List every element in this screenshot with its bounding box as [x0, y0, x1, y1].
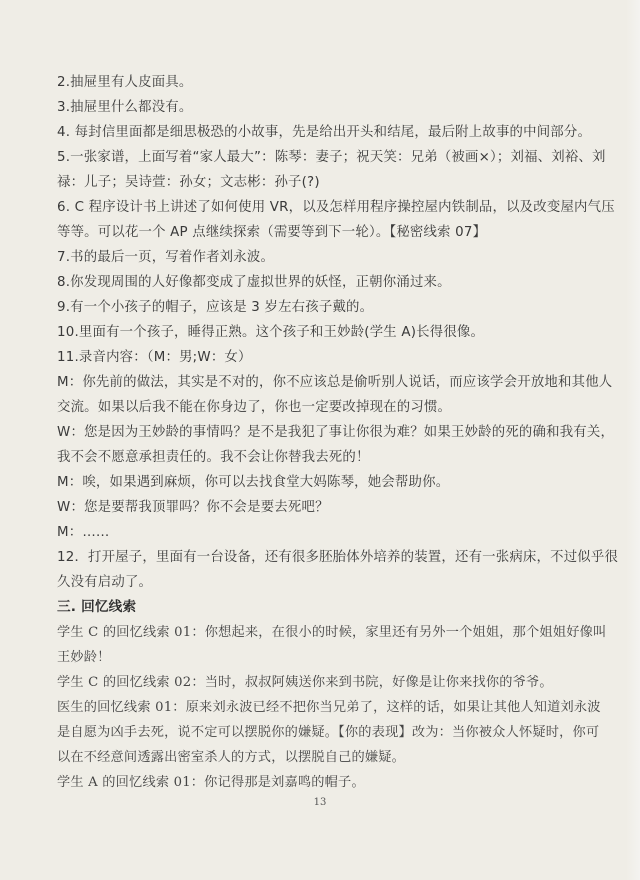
clue-line: 8.你发现周围的人好像都变成了虚拟世界的妖怪，正朝你涌过来。 — [57, 270, 575, 295]
clue-line: 等等。可以花一个 AP 点继续探索（需要等到下一轮）。【秘密线索 07】 — [57, 220, 575, 245]
dialogue-line: M：你先前的做法，其实是不对的，你不应该总是偷听别人说话，而应该学会开放地和其他… — [57, 370, 575, 395]
memory-clue-line: 学生 C 的回忆线索 01：你想起来，在很小的时候，家里还有另外一个姐姐，那个姐… — [57, 620, 575, 645]
page-edge — [626, 0, 640, 880]
clue-line: 12．打开屋子，里面有一台设备，还有很多胚胎体外培养的装置，还有一张病床，不过似… — [57, 545, 575, 570]
memory-clue-line: 是自愿为凶手去死，说不定可以摆脱你的嫌疑。【你的表现】改为：当你被众人怀疑时，你… — [57, 720, 575, 745]
section-heading: 三. 回忆线索 — [57, 595, 575, 620]
recording-header: 11.录音内容：（M：男;W：女） — [57, 345, 575, 370]
memory-clue-line: 学生 C 的回忆线索 02：当时，叔叔阿姨送你来到书院，好像是让你来找你的爷爷。 — [57, 670, 575, 695]
clue-line: 久没有启动了。 — [57, 570, 575, 595]
document-body: 2.抽屉里有人皮面具。 3.抽屉里什么都没有。 4. 每封信里面都是细思极恐的小… — [57, 70, 575, 795]
dialogue-line: 我不会不愿意承担责任的。我不会让你替我去死的！ — [57, 445, 575, 470]
memory-clue-line: 医生的回忆线索 01：原来刘永波已经不把你当兄弟了，这样的话，如果让其他人知道刘… — [57, 695, 575, 720]
memory-clue-line: 学生 A 的回忆线索 01：你记得那是刘嘉鸣的帽子。 — [57, 770, 575, 795]
clue-line: 禄：儿子；吴诗萱：孙女；文志彬：孙子(?) — [57, 170, 575, 195]
clue-line: 2.抽屉里有人皮面具。 — [57, 70, 575, 95]
clue-line: 3.抽屉里什么都没有。 — [57, 95, 575, 120]
dialogue-line: M：唉，如果遇到麻烦，你可以去找食堂大妈陈琴，她会帮助你。 — [57, 470, 575, 495]
clue-line: 7.书的最后一页，写着作者刘永波。 — [57, 245, 575, 270]
dialogue-line: W：您是要帮我顶罪吗？你不会是要去死吧？ — [57, 495, 575, 520]
page-number: 13 — [0, 797, 640, 808]
clue-line: 6. C 程序设计书上讲述了如何使用 VR，以及怎样用程序操控屋内铁制品，以及改… — [57, 195, 575, 220]
clue-line: 9.有一个小孩子的帽子，应该是 3 岁左右孩子戴的。 — [57, 295, 575, 320]
dialogue-line: W：您是因为王妙龄的事情吗？是不是我犯了事让你很为难？如果王妙龄的死的确和我有关… — [57, 420, 575, 445]
clue-line: 10.里面有一个孩子，睡得正熟。这个孩子和王妙龄(学生 A)长得很像。 — [57, 320, 575, 345]
dialogue-line: 交流。如果以后我不能在你身边了，你也一定要改掉现在的习惯。 — [57, 395, 575, 420]
memory-clue-line: 以在不经意间透露出密室杀人的方式，以摆脱自己的嫌疑。 — [57, 745, 575, 770]
clue-line: 4. 每封信里面都是细思极恐的小故事，先是给出开头和结尾，最后附上故事的中间部分… — [57, 120, 575, 145]
memory-clue-line: 王妙龄！ — [57, 645, 575, 670]
dialogue-line: M：…… — [57, 520, 575, 545]
clue-line: 5.一张家谱，上面写着“家人最大”：陈琴：妻子；祝天笑：兄弟（被画×）；刘福、刘… — [57, 145, 575, 170]
